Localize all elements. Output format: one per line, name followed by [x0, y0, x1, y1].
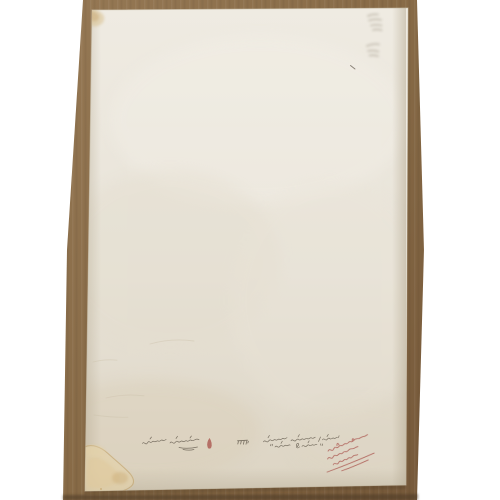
- water-stain-lobe: [85, 445, 105, 457]
- cardboard-dark-edge: [63, 494, 418, 500]
- paper-details: [40, 8, 430, 495]
- photo-stage: [0, 0, 500, 500]
- paper-sheet: [40, 8, 430, 495]
- water-stain-dark-spot: [112, 472, 128, 484]
- stain-speck: [100, 488, 102, 490]
- verso-photograph: [0, 0, 500, 500]
- paper-right-edge-shade: [392, 8, 406, 486]
